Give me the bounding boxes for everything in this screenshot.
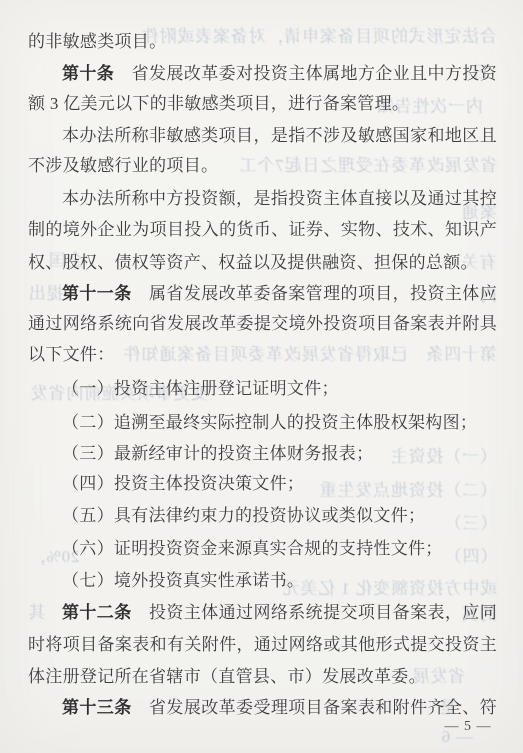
- text-segment: （五）具有法律约束力的投资协议或类似文件；: [62, 506, 425, 525]
- text-segment: 本办法所称中方投资额，是指投资主体直接以及通过其控: [62, 189, 497, 208]
- text-segment: （七）境外投资真实性承诺书。: [62, 571, 304, 590]
- page-number: — 5 —: [436, 719, 500, 735]
- text-line: （五）具有法律约束力的投资协议或类似文件；: [28, 504, 497, 528]
- text-line: 以下文件：: [28, 343, 497, 367]
- text-line: 不涉及敏感行业的项目。: [28, 154, 497, 178]
- text-segment: 制的境外企业为项目投入的货币、证券、实物、技术、知识产: [28, 220, 497, 239]
- text-segment: 省发展改革委对投资主体属地方企业且中方投资: [114, 64, 497, 83]
- text-line: （四）投资主体投资决策文件；: [28, 472, 497, 496]
- text-segment: 时将项目备案表和有关附件，通过网络或其他形式提交投资主: [28, 635, 497, 654]
- text-segment: 额 3 亿美元以下的非敏感类项目，进行备案管理。: [28, 94, 409, 113]
- text-segment: 以下文件：: [28, 345, 115, 364]
- article-number: 第十三条: [62, 698, 132, 717]
- document-page: 合法定形式的项目备案申请，对备案表或附件日内一次性告知省发展改革委在受理之日起7…: [0, 0, 523, 753]
- text-line: 权、股权、债权等资产、权益以及提供融资、担保的总额。: [28, 251, 497, 275]
- text-line: （一）投资主体注册登记证明文件；: [28, 377, 497, 401]
- text-line: 第十二条 投资主体通过网络系统提交项目备案表，应同: [28, 601, 497, 625]
- text-line: 的非敏感类项目。: [28, 30, 497, 54]
- text-line: （六）证明投资资金来源真实合规的支持性文件；: [28, 537, 497, 561]
- text-line: 时将项目备案表和有关附件，通过网络或其他形式提交投资主: [28, 633, 497, 657]
- text-line: 第十一条 属省发展改革委备案管理的项目，投资主体应: [28, 282, 497, 306]
- text-segment: 投资主体通过网络系统提交项目备案表，应同: [132, 603, 497, 622]
- text-line: （七）境外投资真实性承诺书。: [28, 569, 497, 593]
- text-segment: （六）证明投资资金来源真实合规的支持性文件；: [62, 539, 443, 558]
- article-number: 第十条: [62, 64, 114, 83]
- text-segment: 的非敏感类项目。: [28, 32, 166, 51]
- text-line: （三）最新经审计的投资主体财务报表；: [28, 442, 497, 466]
- text-line: 本办法所称中方投资额，是指投资主体直接以及通过其控: [28, 187, 497, 211]
- text-line: 体注册登记所在省辖市（直管县、市）发展改革委。: [28, 665, 497, 689]
- text-segment: （一）投资主体注册登记证明文件；: [62, 379, 339, 398]
- text-segment: 通过网络系统向省发展改革委提交境外投资项目备案表并附具: [28, 314, 497, 333]
- text-line: 额 3 亿美元以下的非敏感类项目，进行备案管理。: [28, 92, 497, 116]
- text-segment: 不涉及敏感行业的项目。: [28, 156, 218, 175]
- text-segment: （三）最新经审计的投资主体财务报表；: [62, 444, 373, 463]
- text-segment: 体注册登记所在省辖市（直管县、市）发展改革委。: [28, 667, 426, 686]
- text-line: 本办法所称非敏感类项目，是指不涉及敏感国家和地区且: [28, 124, 497, 148]
- text-line: 第十三条 省发展改革委受理项目备案表和附件齐全、符: [28, 696, 497, 720]
- text-segment: 本办法所称非敏感类项目，是指不涉及敏感国家和地区且: [62, 126, 497, 145]
- article-number: 第十二条: [62, 603, 132, 622]
- article-number: 第十一条: [62, 284, 132, 303]
- text-line: 通过网络系统向省发展改革委提交境外投资项目备案表并附具: [28, 312, 497, 336]
- text-segment: （四）投资主体投资决策文件；: [62, 474, 304, 493]
- text-segment: 权、股权、债权等资产、权益以及提供融资、担保的总额。: [28, 253, 478, 272]
- text-segment: 属省发展改革委备案管理的项目，投资主体应: [132, 284, 497, 303]
- text-line: （二）追溯至最终实际控制人的投资主体股权架构图；: [28, 411, 497, 435]
- text-segment: （二）追溯至最终实际控制人的投资主体股权架构图；: [62, 413, 477, 432]
- text-line: 制的境外企业为项目投入的货币、证券、实物、技术、知识产: [28, 218, 497, 242]
- text-line: 第十条 省发展改革委对投资主体属地方企业且中方投资: [28, 62, 497, 86]
- text-segment: 省发展改革委受理项目备案表和附件齐全、符: [132, 698, 497, 717]
